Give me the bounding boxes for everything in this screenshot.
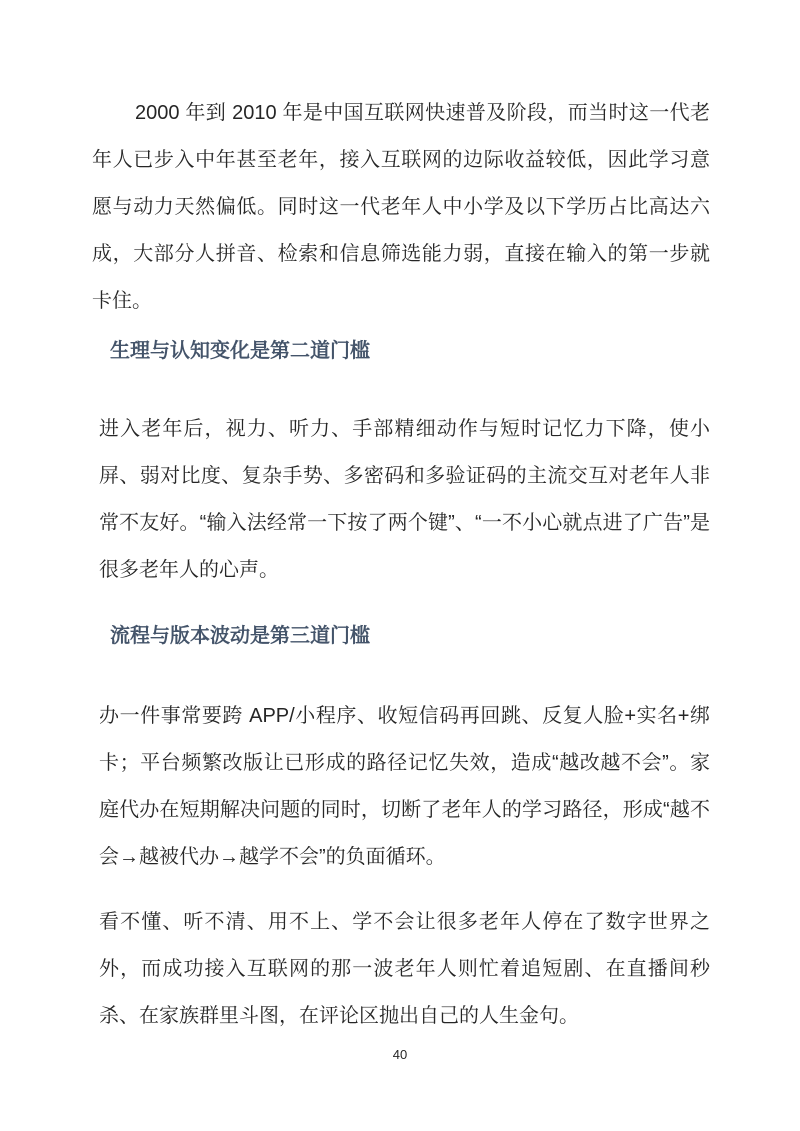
heading-process-barrier: 流程与版本波动是第三道门槛 [92, 613, 710, 660]
page-content: 2000 年到 2010 年是中国互联网快速普及阶段，而当时这一代老年人已步入中… [92, 90, 710, 1040]
paragraph-conclusion: 看不懂、听不清、用不上、学不会让很多老年人停在了数字世界之外，而成功接入互联网的… [92, 899, 710, 1040]
page-number: 40 [393, 1047, 407, 1062]
paragraph-internet-adoption: 2000 年到 2010 年是中国互联网快速普及阶段，而当时这一代老年人已步入中… [92, 90, 710, 325]
paragraph-physiology-barrier: 进入老年后，视力、听力、手部精细动作与短时记忆力下降，使小屏、弱对比度、复杂手势… [92, 406, 710, 594]
paragraph-process-barrier: 办一件事常要跨 APP/小程序、收短信码再回跳、反复人脸+实名+绑卡；平台频繁改… [92, 693, 710, 881]
page-footer: 40 [0, 1046, 800, 1064]
heading-physiology-barrier: 生理与认知变化是第二道门槛 [92, 328, 710, 375]
document-page: 2000 年到 2010 年是中国互联网快速普及阶段，而当时这一代老年人已步入中… [0, 0, 800, 1131]
